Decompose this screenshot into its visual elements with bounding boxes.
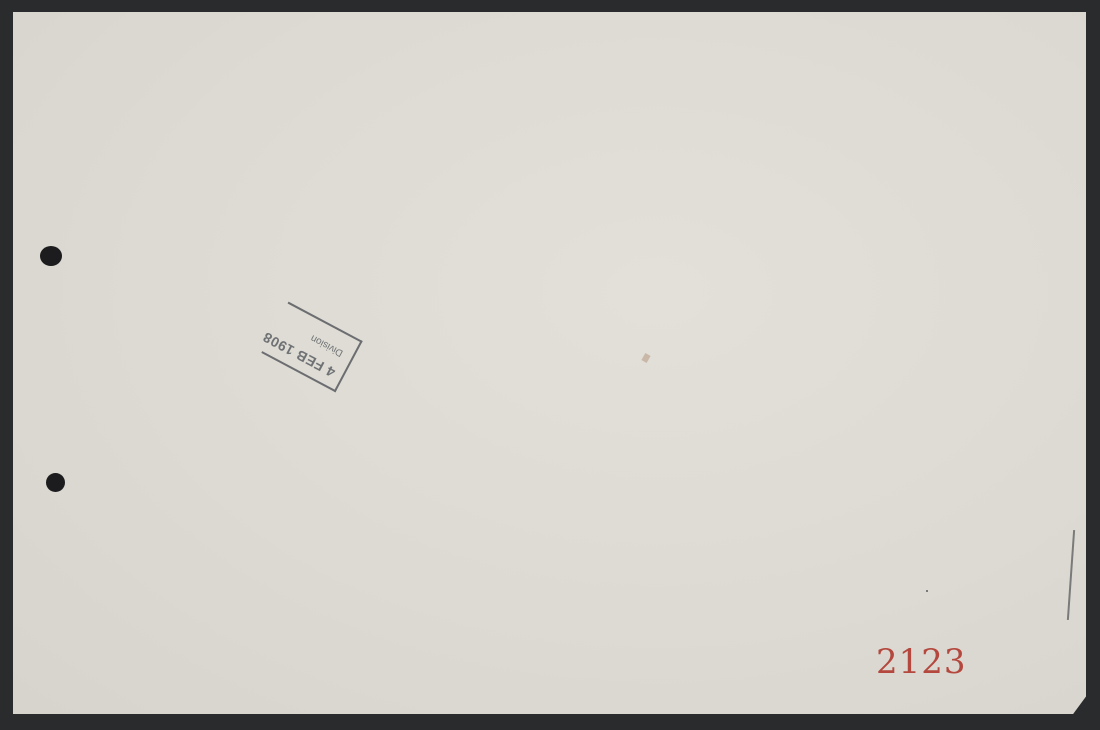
document-page: [13, 12, 1086, 714]
punch-hole-bottom: [46, 473, 65, 492]
ink-dot: [926, 590, 928, 592]
punch-hole-top: [40, 246, 62, 266]
document-number: 2123: [876, 642, 967, 682]
